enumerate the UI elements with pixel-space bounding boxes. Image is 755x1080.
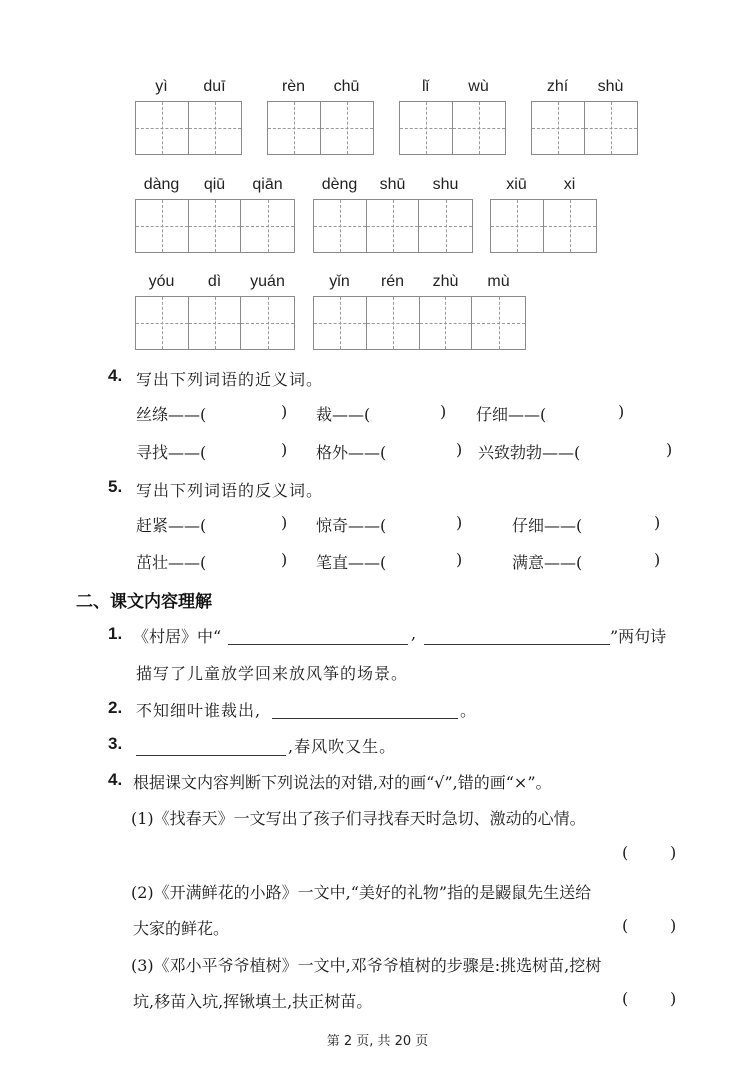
- pinyin-label: qiū: [188, 176, 241, 194]
- answer-close[interactable]: ): [654, 550, 660, 569]
- question-number: 4.: [108, 366, 122, 386]
- question-text: ,春风吹又生。: [288, 734, 396, 757]
- fill-blank[interactable]: [136, 737, 286, 756]
- question-number: 1.: [108, 624, 122, 644]
- answer-close[interactable]: ): [456, 513, 462, 532]
- pinyin-label: dì: [188, 273, 241, 291]
- answer-close[interactable]: ): [618, 402, 624, 421]
- question-prompt: 根据课文内容判断下列说法的对错,对的画“√”,错的画“×”。: [133, 770, 552, 793]
- writing-grid[interactable]: [313, 199, 473, 253]
- question-number: 4.: [108, 770, 122, 790]
- antonym-item: 茁壮——(: [136, 550, 206, 573]
- question-text-line2: 描写了儿童放学回来放风筝的场景。: [136, 661, 408, 684]
- pinyin-label: lǐ: [399, 78, 452, 96]
- question-prompt: 写出下列词语的近义词。: [136, 367, 323, 390]
- pinyin-label: yuán: [241, 273, 294, 291]
- answer-close[interactable]: ): [281, 402, 287, 421]
- question-text: 。: [460, 698, 476, 721]
- antonym-item: 满意——(: [512, 550, 582, 573]
- answer-open[interactable]: (: [622, 916, 628, 935]
- question-number: 3.: [108, 734, 122, 754]
- section-title: 二、课文内容理解: [76, 587, 212, 612]
- question-text: ”两句诗: [610, 624, 666, 647]
- answer-close[interactable]: ): [670, 989, 676, 1008]
- antonym-item: 笔直——(: [316, 550, 386, 573]
- pinyin-label: xi: [543, 176, 596, 194]
- pinyin-label: yì: [135, 78, 188, 96]
- question-number: 2.: [108, 698, 122, 718]
- question-text: 《村居》中“: [133, 624, 221, 647]
- fill-blank[interactable]: [272, 700, 458, 719]
- question-text: 不知细叶谁裁出,: [136, 698, 261, 721]
- synonym-item: 仔细——(: [476, 402, 546, 425]
- writing-grid[interactable]: [313, 296, 526, 350]
- pinyin-label: duī: [188, 78, 241, 96]
- answer-close[interactable]: ): [456, 440, 462, 459]
- question-prompt: 写出下列词语的反义词。: [136, 478, 323, 501]
- judgment-item-2-line2: 大家的鲜花。: [133, 916, 229, 939]
- writing-grid[interactable]: [399, 101, 506, 155]
- pinyin-label: shu: [419, 176, 472, 194]
- pinyin-label: rén: [366, 273, 419, 291]
- answer-close[interactable]: ): [281, 550, 287, 569]
- pinyin-label: yóu: [135, 273, 188, 291]
- judgment-item-2: (2)《开满鲜花的小路》一文中,“美好的礼物”指的是鼹鼠先生送给: [131, 880, 591, 903]
- antonym-item: 惊奇——(: [316, 513, 386, 536]
- fill-blank[interactable]: [424, 626, 610, 645]
- judgment-item-3-line2: 坑,移苗入坑,挥锹填土,扶正树苗。: [133, 989, 372, 1012]
- answer-close[interactable]: ): [670, 843, 676, 862]
- judgment-item-3: (3)《邓小平爷爷植树》一文中,邓爷爷植树的步骤是:挑选树苗,挖树: [131, 953, 601, 976]
- pinyin-label: dàng: [135, 176, 188, 194]
- antonym-item: 仔细——(: [512, 513, 582, 536]
- pinyin-label: mù: [472, 273, 525, 291]
- answer-close[interactable]: ): [456, 550, 462, 569]
- pinyin-label: wù: [452, 78, 505, 96]
- fill-blank[interactable]: [228, 626, 408, 645]
- answer-close[interactable]: ): [654, 513, 660, 532]
- judgment-item-1: (1)《找春天》一文写出了孩子们寻找春天时急切、激动的心情。: [131, 806, 586, 829]
- pinyin-label: shù: [584, 78, 637, 96]
- comma: ,: [411, 624, 416, 643]
- pinyin-label: yǐn: [313, 273, 366, 291]
- answer-close[interactable]: ): [281, 440, 287, 459]
- writing-grid[interactable]: [135, 101, 242, 155]
- synonym-item: 丝绦——(: [136, 402, 206, 425]
- antonym-item: 赶紧——(: [136, 513, 206, 536]
- writing-grid[interactable]: [135, 199, 295, 253]
- pinyin-label: qiān: [241, 176, 294, 194]
- answer-open[interactable]: (: [622, 843, 628, 862]
- synonym-item: 兴致勃勃——(: [478, 440, 580, 463]
- pinyin-label: dèng: [313, 176, 366, 194]
- answer-close[interactable]: ): [281, 513, 287, 532]
- writing-grid[interactable]: [135, 296, 295, 350]
- pinyin-label: zhí: [531, 78, 584, 96]
- writing-grid[interactable]: [490, 199, 597, 253]
- writing-grid[interactable]: [267, 101, 374, 155]
- pinyin-label: xiū: [490, 176, 543, 194]
- pinyin-label: zhù: [419, 273, 472, 291]
- answer-close[interactable]: ): [666, 440, 672, 459]
- answer-close[interactable]: ): [670, 916, 676, 935]
- answer-close[interactable]: ): [440, 402, 446, 421]
- synonym-item: 裁——(: [316, 402, 370, 425]
- pinyin-label: chū: [320, 78, 373, 96]
- writing-grid[interactable]: [531, 101, 638, 155]
- question-number: 5.: [108, 477, 122, 497]
- page-footer: 第 2 页, 共 20 页: [0, 1030, 755, 1049]
- pinyin-label: shū: [366, 176, 419, 194]
- pinyin-label: rèn: [267, 78, 320, 96]
- answer-open[interactable]: (: [622, 989, 628, 1008]
- synonym-item: 寻找——(: [136, 440, 206, 463]
- synonym-item: 格外——(: [316, 440, 386, 463]
